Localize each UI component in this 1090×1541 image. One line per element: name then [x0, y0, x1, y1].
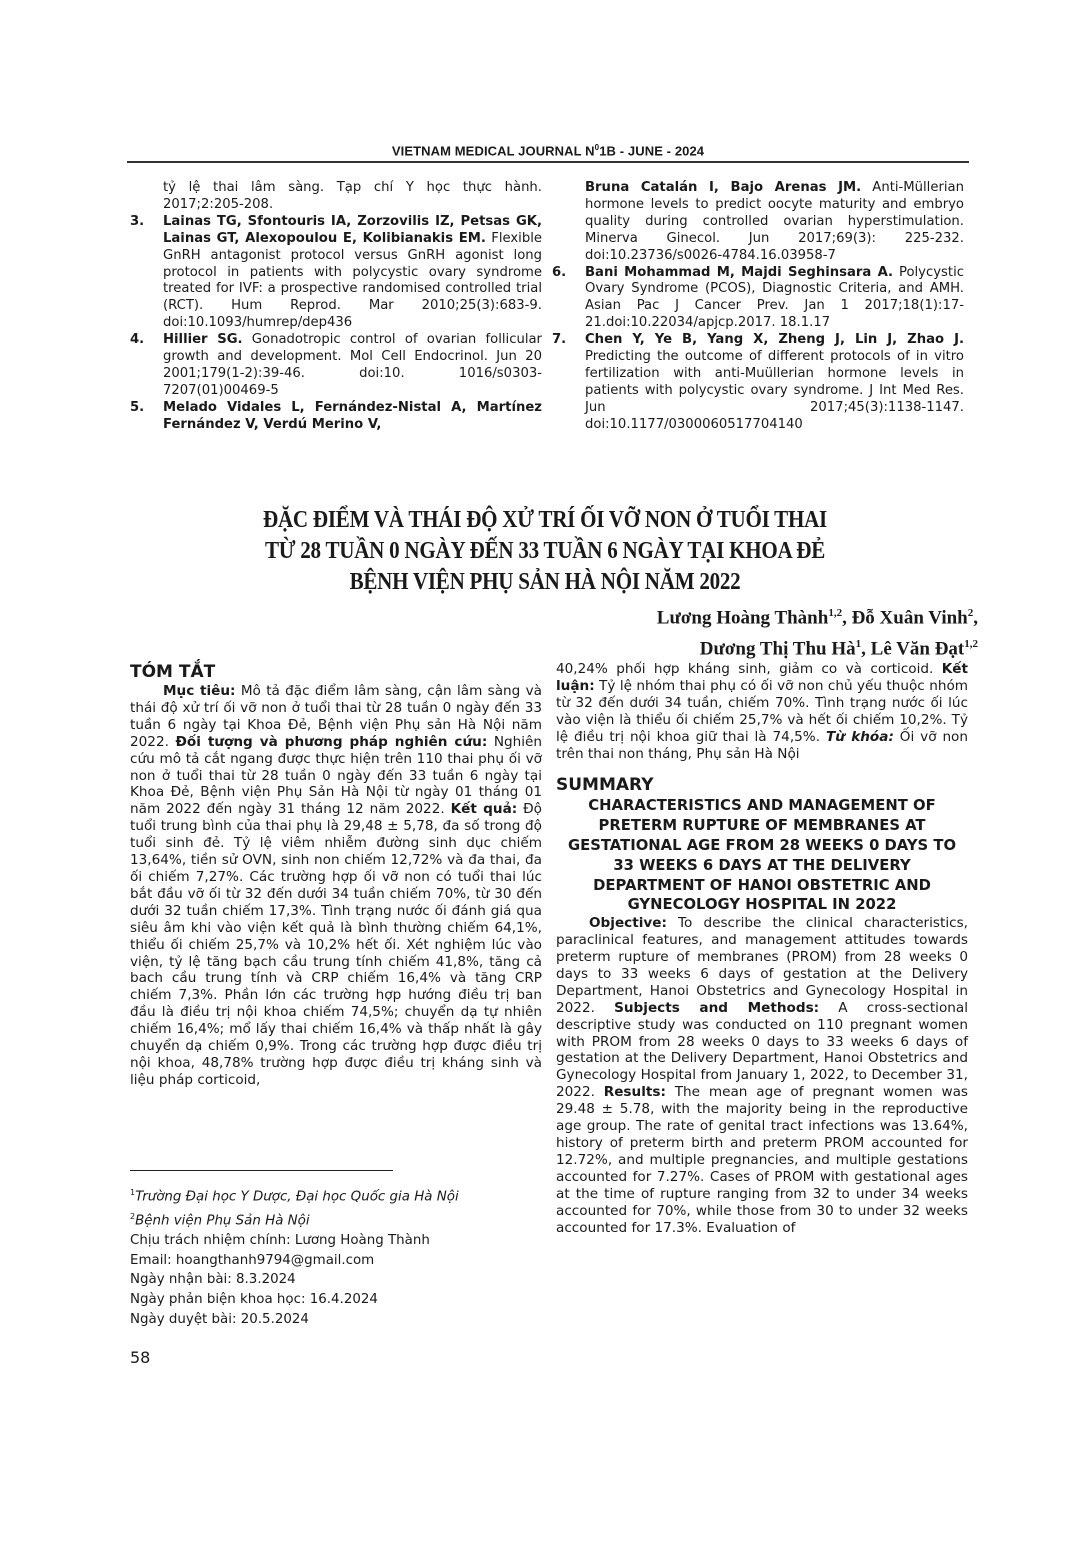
title-line: TỪ 28 TUẦN 0 NGÀY ĐẾN 33 TUẦN 6 NGÀY TẠI… [188, 535, 902, 566]
email-link[interactable]: Email: hoangthanh9794@gmail.com [130, 1251, 550, 1271]
author-name: Lương Hoàng Thành [657, 607, 829, 628]
reference-authors: Bani Mohammad M, Majdi Seghinsara A. [585, 265, 893, 280]
author-separator: , [973, 607, 978, 628]
references-right-column: Bruna Catalán I, Bajo Arenas JM. Anti-Mü… [552, 180, 964, 434]
abstract-continuation: 40,24% phối hợp kháng sinh, giảm co và c… [556, 661, 968, 762]
results-text-continued: 40,24% phối hợp kháng sinh, giảm co và c… [556, 661, 942, 677]
reference-number: 6. [552, 265, 566, 282]
english-title: CHARACTERISTICS AND MANAGEMENT OF PRETER… [556, 796, 968, 915]
references-left-column: tỷ lệ thai lâm sàng. Tạp chí Y học thực … [130, 180, 542, 434]
label-methods-en: Subjects and Methods: [614, 1000, 819, 1016]
author-separator: , [842, 607, 852, 628]
reference-authors: Melado Vidales L, Fernández-Nistal A, Ma… [163, 400, 542, 432]
page-number: 58 [130, 1348, 150, 1367]
label-objective: Mục tiêu: [163, 683, 236, 699]
affiliation-text: Bệnh viện Phụ Sản Hà Nội [135, 1214, 310, 1229]
reference-text: tỷ lệ thai lâm sàng. Tạp chí Y học thực … [163, 180, 542, 212]
reference-item: 7. Chen Y, Ye B, Yang X, Zheng J, Lin J,… [552, 332, 964, 433]
title-line: BỆNH VIỆN PHỤ SẢN HÀ NỘI NĂM 2022 [188, 566, 902, 597]
author-name: Đỗ Xuân Vinh [852, 607, 968, 628]
reference-item: Bruna Catalán I, Bajo Arenas JM. Anti-Mü… [552, 180, 964, 265]
label-results-en: Results: [604, 1084, 666, 1100]
affiliation-text: Trường Đại học Y Dược, Đại học Quốc gia … [135, 1189, 459, 1204]
author-list: Lương Hoàng Thành1,2, Đỗ Xuân Vinh2, Dươ… [458, 600, 978, 663]
author-line-2: Dương Thị Thu Hà1, Lê Văn Đạt1,2 [458, 631, 978, 662]
reference-item: 6. Bani Mohammad M, Majdi Seghinsara A. … [552, 265, 964, 333]
title-line: ĐẶC ĐIỂM VÀ THÁI ĐỘ XỬ TRÍ ỐI VỠ NON Ở T… [188, 504, 902, 535]
header-rule [127, 161, 969, 163]
author-affiliation-sup: 1,2 [828, 607, 842, 619]
reference-number: 7. [552, 332, 566, 349]
footnote-rule [130, 1170, 393, 1171]
reference-number: 3. [130, 214, 144, 231]
reference-number: 5. [130, 400, 144, 417]
affiliation-2: 2Bệnh viện Phụ Sản Hà Nội [130, 1207, 550, 1231]
reference-authors: Chen Y, Ye B, Yang X, Zheng J, Lin J, Zh… [585, 332, 964, 347]
label-results: Kết quả: [451, 801, 518, 817]
date-reviewed: Ngày phản biện khoa học: 16.4.2024 [130, 1290, 550, 1310]
affiliation-1: 1Trường Đại học Y Dược, Đại học Quốc gia… [130, 1183, 550, 1207]
corresponding-author: Chịu trách nhiệm chính: Lương Hoàng Thàn… [130, 1231, 550, 1251]
article-title: ĐẶC ĐIỂM VÀ THÁI ĐỘ XỬ TRÍ ỐI VỠ NON Ở T… [188, 504, 902, 597]
author-name: Lê Văn Đạt [871, 639, 965, 660]
results-text: Độ tuổi trung bình của thai phụ là 29,48… [130, 801, 542, 1088]
reference-item: 4. Hillier SG. Gonadotropic control of o… [130, 332, 542, 400]
date-accepted: Ngày duyệt bài: 20.5.2024 [130, 1310, 550, 1330]
reference-item: 3. Lainas TG, Sfontouris IA, Zorzovilis … [130, 214, 542, 332]
abstract-vietnamese: TÓM TẮT Mục tiêu: Mô tả đặc điểm lâm sàn… [130, 661, 542, 1089]
running-head: VIETNAM MEDICAL JOURNAL N01B - JUNE - 20… [127, 143, 969, 158]
results-text-en: The mean age of pregnant women was 29.48… [556, 1084, 968, 1235]
reference-authors: Bruna Catalán I, Bajo Arenas JM. [585, 180, 861, 195]
abstract-paragraph: Mục tiêu: Mô tả đặc điểm lâm sàng, cận l… [130, 683, 542, 1089]
section-heading-tom-tat: TÓM TẮT [130, 661, 542, 683]
date-received: Ngày nhận bài: 8.3.2024 [130, 1270, 550, 1290]
author-separator: , [861, 639, 871, 660]
abstract-continuation-and-summary: 40,24% phối hợp kháng sinh, giảm co và c… [556, 661, 968, 1236]
label-objective-en: Objective: [589, 915, 667, 931]
author-affiliation-sup: 1,2 [964, 638, 978, 650]
label-methods: Đối tượng và phương pháp nghiên cứu: [175, 734, 487, 750]
reference-text: Predicting the outcome of different prot… [585, 349, 964, 432]
reference-authors: Hillier SG. [163, 332, 243, 347]
reference-number: 4. [130, 332, 144, 349]
running-head-text: VIETNAM MEDICAL JOURNAL N [392, 143, 595, 158]
footnotes: 1Trường Đại học Y Dược, Đại học Quốc gia… [130, 1183, 550, 1329]
running-head-issue: 1B - JUNE - 2024 [599, 143, 704, 158]
author-line-1: Lương Hoàng Thành1,2, Đỗ Xuân Vinh2, [458, 600, 978, 631]
reference-item: 5. Melado Vidales L, Fernández-Nistal A,… [130, 400, 542, 434]
summary-paragraph: Objective: To describe the clinical char… [556, 915, 968, 1236]
author-name: Dương Thị Thu Hà [700, 639, 856, 660]
reference-item: tỷ lệ thai lâm sàng. Tạp chí Y học thực … [130, 180, 542, 214]
label-keywords: Từ khóa: [826, 729, 894, 745]
section-heading-summary: SUMMARY [556, 774, 968, 796]
